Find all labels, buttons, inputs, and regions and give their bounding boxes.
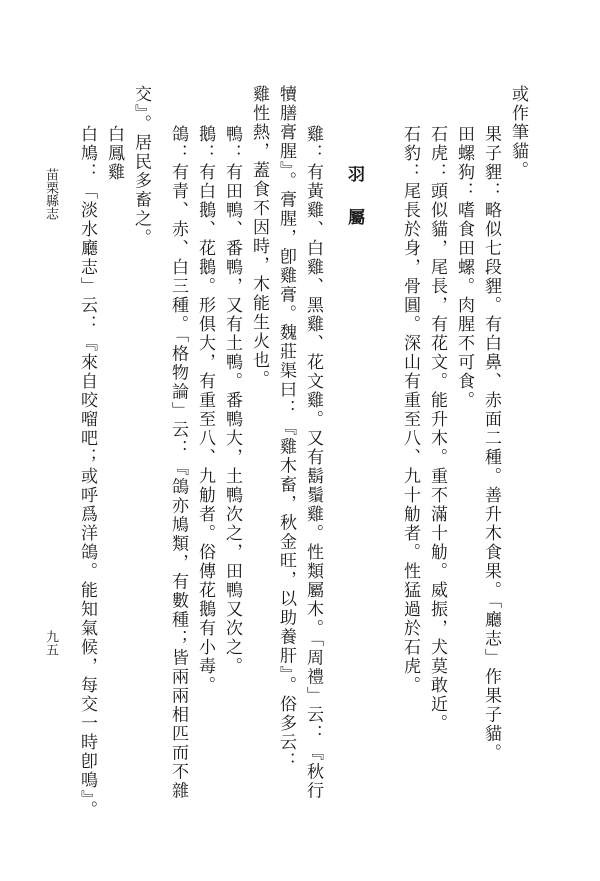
text-column-14: 白鳩：「淡水廳志」云：『來自咬𠺕吧；或呼爲洋鴿。能知氣候，每交一時卽鳴』。 bbox=[77, 125, 96, 820]
text-column-10: 鵝：有白鵝、花鵝。形俱大，有重至八、九觔者。俗傳花鵝有小毒。 bbox=[195, 125, 214, 695]
text-column-9: 鴨：有田鴨、番鴨，又有土鴨。番鴨大，土鴨次之，田鴨又次之。 bbox=[222, 125, 241, 676]
text-column-6: 雞：有黃雞、白雞、黑雞、花文雞。又有鬍鬚雞。性類屬木。「周禮」云：『秋行 bbox=[303, 125, 322, 801]
text-column-8: 雞性熱，蓋食不因時，木能生火也。 bbox=[249, 85, 268, 389]
text-column-1: 或作筆貓。 bbox=[508, 85, 527, 180]
text-column-11: 鴿：有青、赤、白三種。「格物論」云：『鴿亦鳩類，有數種；皆兩兩相匹而不雜 bbox=[168, 125, 187, 801]
section-heading: 羽屬 bbox=[344, 165, 363, 251]
page-number: 九五 bbox=[43, 630, 57, 656]
text-column-5: 石豹：尾長於身，骨圓。深山有重至八、九十觔者。性猛過於石虎。 bbox=[400, 125, 419, 695]
document-page: 或作筆貓。 果子貍：略似七段貍。有白鼻、赤面二種。善升木食果。「廳志」作果子貓。… bbox=[0, 0, 600, 881]
text-column-2: 果子貍：略似七段貍。有白鼻、赤面二種。善升木食果。「廳志」作果子貓。 bbox=[481, 125, 500, 763]
text-column-7: 犢膳膏腥』。膏腥，卽雞膏。魏莊渠曰：『雞木畜，秋金旺，以助養肝』。俗多云： bbox=[276, 85, 295, 771]
text-column-12: 交』。居民多畜之。 bbox=[131, 85, 150, 248]
running-title: 苗栗縣志 bbox=[43, 168, 57, 220]
text-column-13: 白鳳雞 bbox=[104, 125, 123, 182]
text-column-3: 田螺狗：嗜食田螺。肉腥不可食。 bbox=[454, 125, 473, 410]
text-column-4: 石虎：頭似貓，尾長，有花文。能升木。重不滿十觔。威振，犬莫敢近。 bbox=[427, 125, 446, 733]
